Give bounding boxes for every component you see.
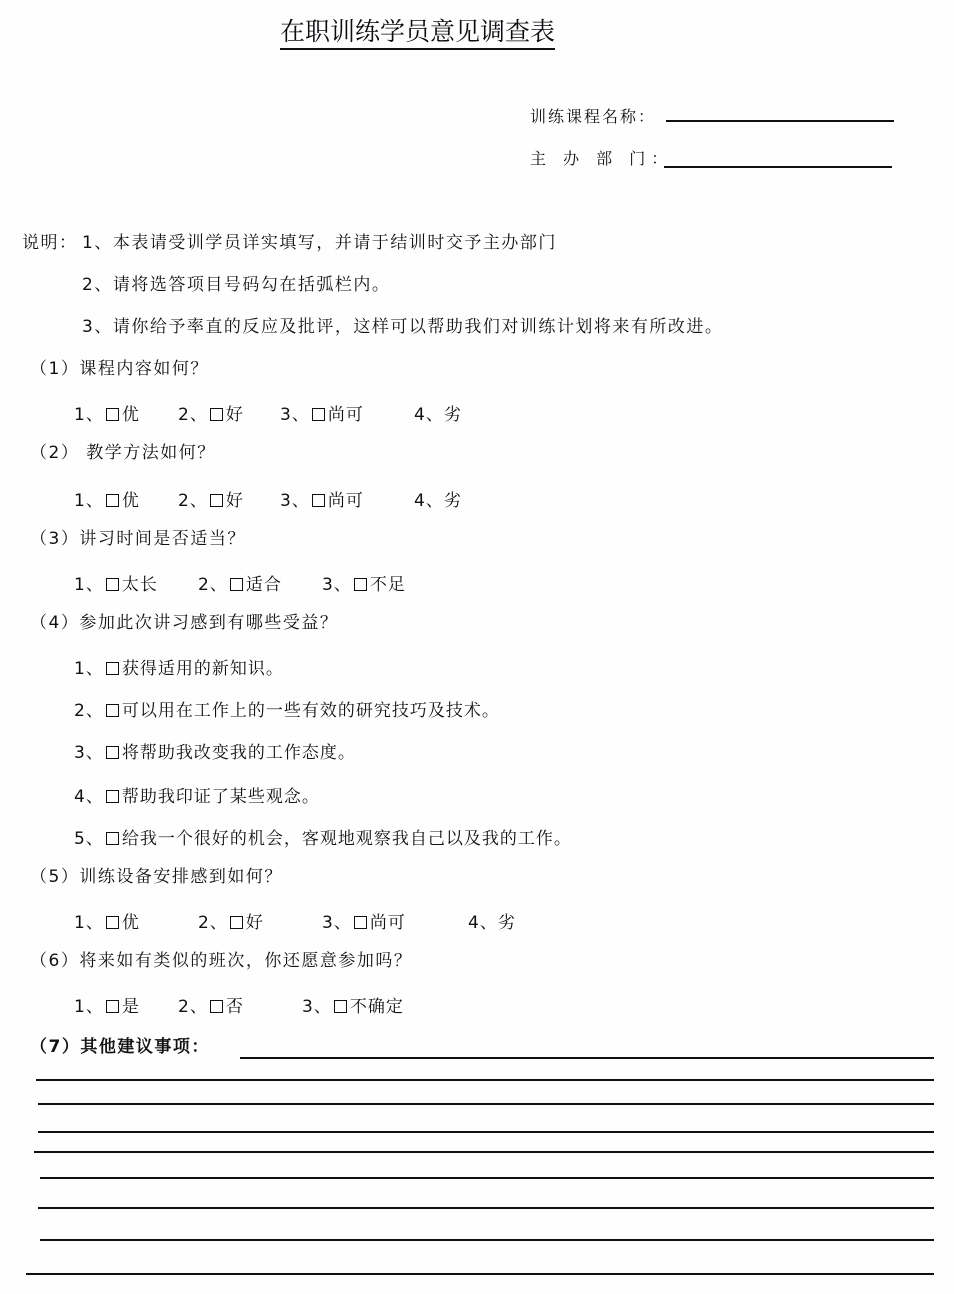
option-text: 给我一个很好的机会，客观地观察我自己以及我的工作。 [122,829,572,849]
answer-line[interactable] [36,1079,934,1081]
answer-line[interactable] [240,1057,934,1059]
option-number: 2、 [178,491,208,511]
checkbox[interactable] [334,1000,347,1013]
option-text: 劣 [444,405,462,425]
option[interactable]: 3、将帮助我改变我的工作态度。 [74,738,356,763]
question-5-label: （5）训练设备安排感到如何？ [30,866,283,888]
option-text: 获得适用的新知识。 [122,659,284,679]
option-number: 1、 [74,659,104,679]
checkbox[interactable] [106,408,119,421]
option-number: 1、 [74,913,104,933]
option[interactable]: 1、获得适用的新知识。 [74,654,284,679]
option[interactable]: 4、劣 [414,400,462,425]
option[interactable]: 5、给我一个很好的机会，客观地观察我自己以及我的工作。 [74,824,572,849]
question-3-label: （3）讲习时间是否适当？ [30,528,246,550]
checkbox[interactable] [354,916,367,929]
department-label: 主 办 部 门： [530,146,673,169]
option-text: 劣 [498,913,516,933]
option-text: 好 [226,491,244,511]
option-text: 优 [122,491,140,511]
checkbox[interactable] [106,916,119,929]
option-text: 适合 [246,575,282,595]
question-4-label: （4）参加此次讲习感到有哪些受益？ [30,612,338,634]
option[interactable]: 2、否 [178,992,244,1017]
option-number: 3、 [280,491,310,511]
option[interactable]: 1、优 [74,400,140,425]
answer-line[interactable] [38,1131,934,1133]
page-title: 在职训练学员意见调查表 [280,16,555,50]
option[interactable]: 2、适合 [198,570,282,595]
option-number: 4、 [468,913,498,933]
option-number: 2、 [178,405,208,425]
option-text: 不足 [370,575,406,595]
option-number: 3、 [74,743,104,763]
answer-line[interactable] [38,1207,934,1209]
option-number: 5、 [74,829,104,849]
option-number: 3、 [322,575,352,595]
checkbox[interactable] [106,746,119,759]
checkbox[interactable] [210,408,223,421]
option-number: 3、 [302,997,332,1017]
checkbox[interactable] [210,1000,223,1013]
option-text: 太长 [122,575,158,595]
checkbox[interactable] [210,494,223,507]
checkbox[interactable] [106,1000,119,1013]
question-7-label: （7）其他建议事项： [30,1036,210,1058]
answer-line[interactable] [38,1103,934,1105]
instruction-item: 2、请将选答项目号码勾在括弧栏内。 [82,274,390,296]
option-number: 1、 [74,405,104,425]
option[interactable]: 1、太长 [74,570,158,595]
checkbox[interactable] [354,578,367,591]
course-name-input[interactable] [666,102,894,122]
option-text: 帮助我印证了某些观念。 [122,787,320,807]
option-text: 是 [122,997,140,1017]
checkbox[interactable] [106,578,119,591]
option-number: 2、 [74,701,104,721]
option-text: 将帮助我改变我的工作态度。 [122,743,356,763]
option[interactable]: 2、好 [198,908,264,933]
answer-line[interactable] [34,1151,934,1153]
instructions-prefix: 说明： [22,232,78,254]
option[interactable]: 1、优 [74,908,140,933]
option-text: 不确定 [350,997,404,1017]
answer-line[interactable] [40,1239,934,1241]
checkbox[interactable] [106,494,119,507]
option-number: 4、 [414,405,444,425]
option-text: 好 [246,913,264,933]
checkbox[interactable] [106,662,119,675]
question-1-label: （1）课程内容如何？ [30,358,209,380]
option-text: 尚可 [370,913,406,933]
option-number: 3、 [280,405,310,425]
option-number: 4、 [74,787,104,807]
option[interactable]: 4、劣 [468,908,516,933]
option-text: 尚可 [328,491,364,511]
checkbox[interactable] [312,408,325,421]
question-2-label: （2） 教学方法如何？ [30,442,216,464]
instruction-item: 1、本表请受训学员详实填写，并请于结训时交予主办部门 [82,232,557,254]
option[interactable]: 3、尚可 [280,486,364,511]
option-text: 可以用在工作上的一些有效的研究技巧及技术。 [122,701,500,721]
option-number: 1、 [74,491,104,511]
option-number: 2、 [178,997,208,1017]
checkbox[interactable] [106,790,119,803]
checkbox[interactable] [106,832,119,845]
option[interactable]: 3、不足 [322,570,406,595]
option-text: 好 [226,405,244,425]
option-number: 2、 [198,913,228,933]
checkbox[interactable] [106,704,119,717]
option[interactable]: 4、帮助我印证了某些观念。 [74,782,320,807]
option-number: 4、 [414,491,444,511]
checkbox[interactable] [230,916,243,929]
option-text: 优 [122,913,140,933]
answer-line[interactable] [26,1273,934,1275]
option-number: 1、 [74,575,104,595]
instruction-item: 3、请你给予率直的反应及批评，这样可以帮助我们对训练计划将来有所改进。 [82,316,723,338]
option-text: 尚可 [328,405,364,425]
option[interactable]: 3、尚可 [322,908,406,933]
option[interactable]: 1、是 [74,992,140,1017]
option-number: 1、 [74,997,104,1017]
option[interactable]: 4、劣 [414,486,462,511]
option[interactable]: 1、优 [74,486,140,511]
option-text: 优 [122,405,140,425]
option-number: 3、 [322,913,352,933]
question-6-label: （6）将来如有类似的班次，你还愿意参加吗？ [30,950,412,972]
answer-line[interactable] [40,1177,934,1179]
option[interactable]: 2、好 [178,400,244,425]
course-name-label: 训练课程名称： [530,104,656,127]
option[interactable]: 3、不确定 [302,992,404,1017]
department-input[interactable] [664,148,892,168]
option-text: 否 [226,997,244,1017]
checkbox[interactable] [312,494,325,507]
checkbox[interactable] [230,578,243,591]
option[interactable]: 3、尚可 [280,400,364,425]
option[interactable]: 2、好 [178,486,244,511]
option-number: 2、 [198,575,228,595]
option-text: 劣 [444,491,462,511]
option[interactable]: 2、可以用在工作上的一些有效的研究技巧及技术。 [74,696,500,721]
